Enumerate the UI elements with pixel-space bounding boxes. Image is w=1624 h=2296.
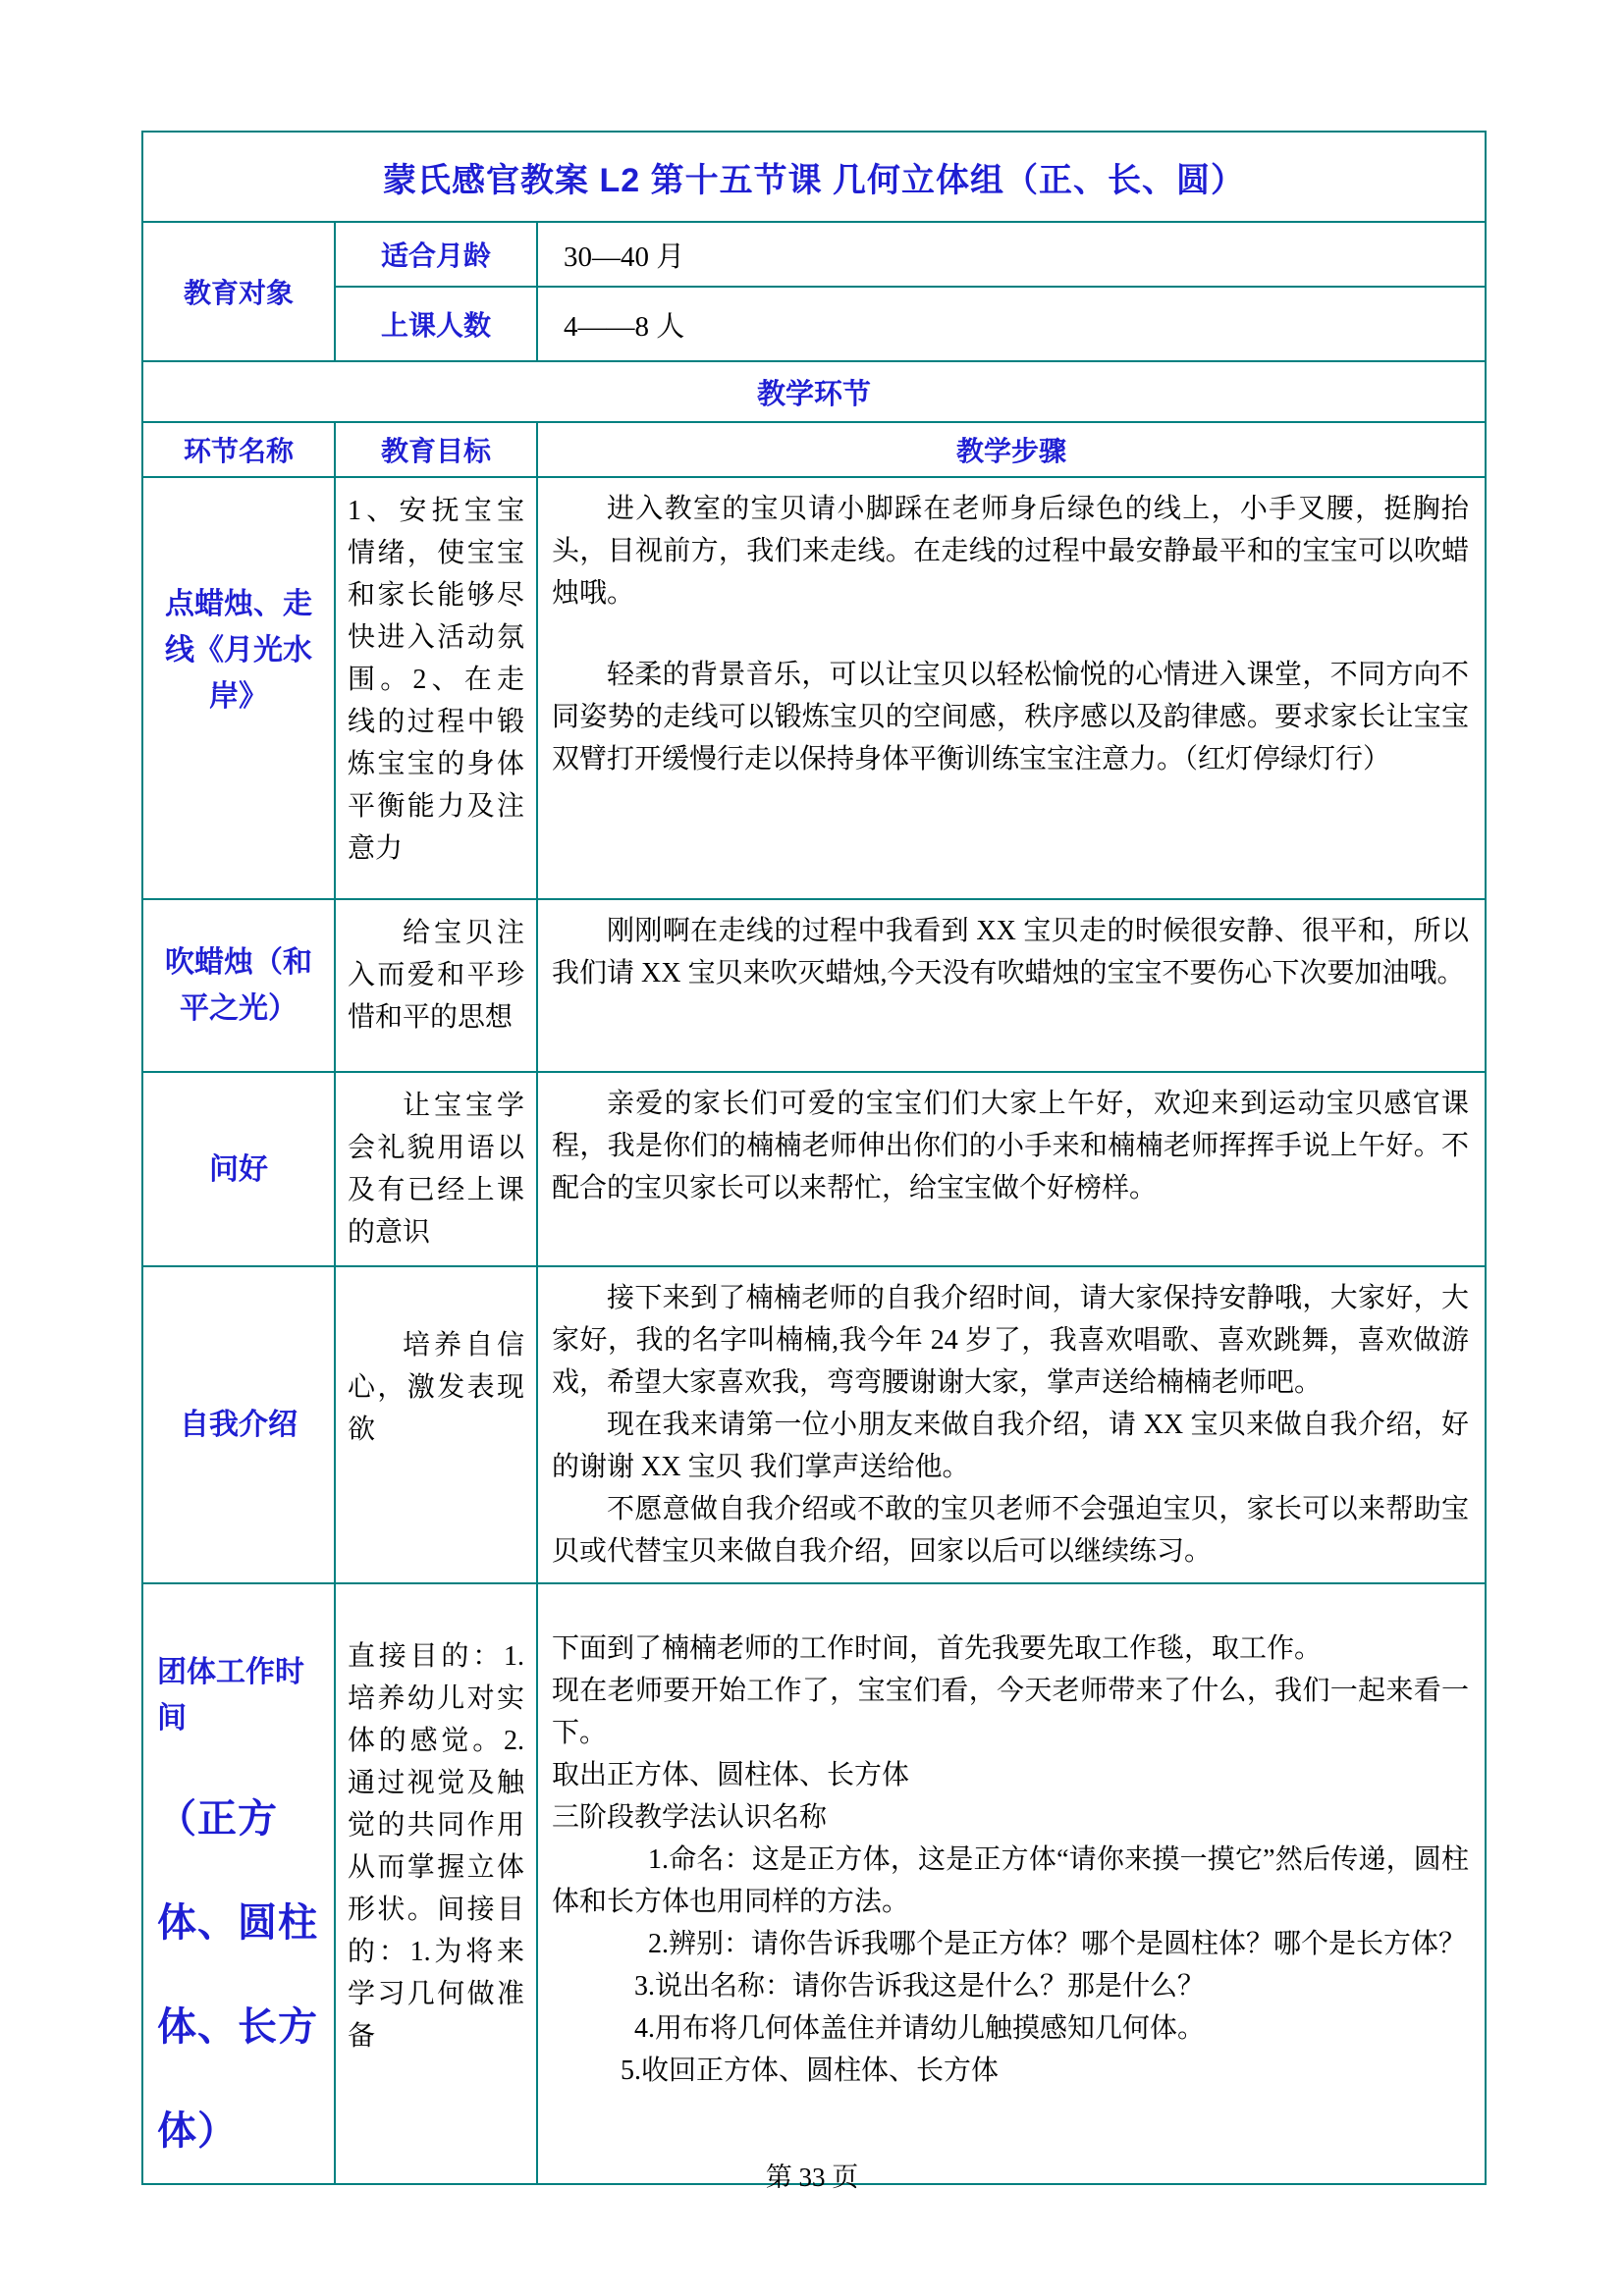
page-title: 蒙氏感官教案 L2 第十五节课 几何立体组（正、长、圆） <box>383 162 1245 199</box>
step-paragraph: 不愿意做自我介绍或不敢的宝贝老师不会强迫宝贝，家长可以来帮助宝贝或代替宝贝来做自… <box>552 1488 1469 1573</box>
stage-goal: 1、安抚宝宝情绪，使宝宝和家长能够尽快进入活动氛围。2、在走线的过程中锻炼宝宝的… <box>348 490 524 870</box>
step-paragraph: 三阶段教学法认识名称 <box>552 1796 1469 1839</box>
section-header: 教学环节 <box>142 361 1486 422</box>
document-sheet: 蒙氏感官教案 L2 第十五节课 几何立体组（正、长、圆） 教育对象 适合月龄 3… <box>141 131 1485 2185</box>
step-paragraph: 现在老师要开始工作了，宝宝们看，今天老师带来了什么，我们一起来看一下。 <box>552 1670 1469 1754</box>
step-paragraph: 1.命名：这是正方体，这是正方体“请你来摸一摸它”然后传递，圆柱体和长方体也用同… <box>552 1839 1469 1923</box>
step-paragraph: 轻柔的背景音乐，可以让宝贝以轻松愉悦的心情进入课堂，不同方向不同姿势的走线可以锻… <box>552 654 1469 780</box>
table-row: 团体工作时间 （正方体、圆柱体、长方体） 直接目的：1.培养幼儿对实体的感觉。2… <box>142 1583 1486 2184</box>
class-size-label: 上课人数 <box>335 287 537 361</box>
lesson-plan-table: 蒙氏感官教案 L2 第十五节课 几何立体组（正、长、圆） 教育对象 适合月龄 3… <box>141 131 1487 2185</box>
class-size-value: 4——8 人 <box>537 287 1486 361</box>
step-paragraph: 亲爱的家长们可爱的宝宝们们大家上午好，欢迎来到运动宝贝感官课程，我是你们的楠楠老… <box>552 1083 1469 1209</box>
stage-name: 点蜡烛、走线《月光水岸》 <box>151 581 326 720</box>
table-row: 吹蜡烛（和平之光） 给宝贝注入而爱和平珍惜和平的思想 刚刚啊在走线的过程中我看到… <box>142 899 1486 1072</box>
stage-name: 自我介绍 <box>151 1402 326 1448</box>
stage-name: 团体工作时间 <box>157 1649 328 1741</box>
table-row: 自我介绍 培养自信心，激发表现欲 接下来到了楠楠老师的自我介绍时间，请大家保持安… <box>142 1266 1486 1583</box>
step-paragraph: 现在我来请第一位小朋友来做自我介绍，请 XX 宝贝来做自我介绍，好的谢谢 XX … <box>552 1404 1469 1488</box>
table-row: 问好 让宝宝学会礼貌用语以及有已经上课的意识 亲爱的家长们可爱的宝宝们们大家上午… <box>142 1072 1486 1266</box>
step-paragraph: 下面到了楠楠老师的工作时间，首先我要先取工作毯，取工作。 <box>552 1628 1469 1670</box>
month-range-label: 适合月龄 <box>335 222 537 287</box>
month-range-value: 30—40 月 <box>537 222 1486 287</box>
stage-steps: 进入教室的宝贝请小脚踩在老师身后绿色的线上，小手叉腰，挺胸抬头，目视前方，我们来… <box>537 477 1486 899</box>
stage-name: 问好 <box>151 1147 326 1193</box>
stage-goal: 直接目的：1.培养幼儿对实体的感觉。2.通过视觉及触觉的共同作用从而掌握立体形状… <box>348 1635 524 2057</box>
step-paragraph: 取出正方体、圆柱体、长方体 <box>552 1754 1469 1796</box>
stage-name: 吹蜡烛（和平之光） <box>151 939 326 1032</box>
stage-steps: 亲爱的家长们可爱的宝宝们们大家上午好，欢迎来到运动宝贝感官课程，我是你们的楠楠老… <box>537 1072 1486 1266</box>
step-paragraph: 3.说出名称：请你告诉我这是什么？那是什么？ <box>552 1965 1469 2007</box>
column-header-goal: 教育目标 <box>335 422 537 477</box>
audience-label: 教育对象 <box>142 222 335 361</box>
stage-steps: 刚刚啊在走线的过程中我看到 XX 宝贝走的时候很安静、很平和，所以我们请 XX … <box>537 899 1486 1072</box>
step-paragraph: 刚刚啊在走线的过程中我看到 XX 宝贝走的时候很安静、很平和，所以我们请 XX … <box>552 910 1469 994</box>
stage-steps: 下面到了楠楠老师的工作时间，首先我要先取工作毯，取工作。 现在老师要开始工作了，… <box>537 1583 1486 2184</box>
step-paragraph: 5.收回正方体、圆柱体、长方体 <box>552 2050 1469 2092</box>
page-footer: 第 33 页 <box>0 2156 1624 2194</box>
stage-goal: 培养自信心，激发表现欲 <box>348 1324 524 1451</box>
stage-name-materials: （正方体、圆柱体、长方体） <box>157 1767 328 2183</box>
step-paragraph: 进入教室的宝贝请小脚踩在老师身后绿色的线上，小手叉腰，挺胸抬头，目视前方，我们来… <box>552 488 1469 614</box>
stage-steps: 接下来到了楠楠老师的自我介绍时间，请大家保持安静哦，大家好，大家好，我的名字叫楠… <box>537 1266 1486 1583</box>
column-header-stage: 环节名称 <box>142 422 335 477</box>
step-paragraph: 4.用布将几何体盖住并请幼儿触摸感知几何体。 <box>552 2007 1469 2050</box>
table-row: 点蜡烛、走线《月光水岸》 1、安抚宝宝情绪，使宝宝和家长能够尽快进入活动氛围。2… <box>142 477 1486 899</box>
stage-goal: 给宝贝注入而爱和平珍惜和平的思想 <box>348 912 524 1039</box>
stage-goal: 让宝宝学会礼貌用语以及有已经上课的意识 <box>348 1085 524 1254</box>
page: { "colors": { "border": "#008080", "head… <box>0 0 1624 2296</box>
step-paragraph: 2.辨别：请你告诉我哪个是正方体？哪个是圆柱体？哪个是长方体？ <box>552 1923 1469 1965</box>
column-header-steps: 教学步骤 <box>537 422 1486 477</box>
table-title-cell: 蒙氏感官教案 L2 第十五节课 几何立体组（正、长、圆） <box>142 132 1486 222</box>
step-paragraph: 接下来到了楠楠老师的自我介绍时间，请大家保持安静哦，大家好，大家好，我的名字叫楠… <box>552 1277 1469 1404</box>
